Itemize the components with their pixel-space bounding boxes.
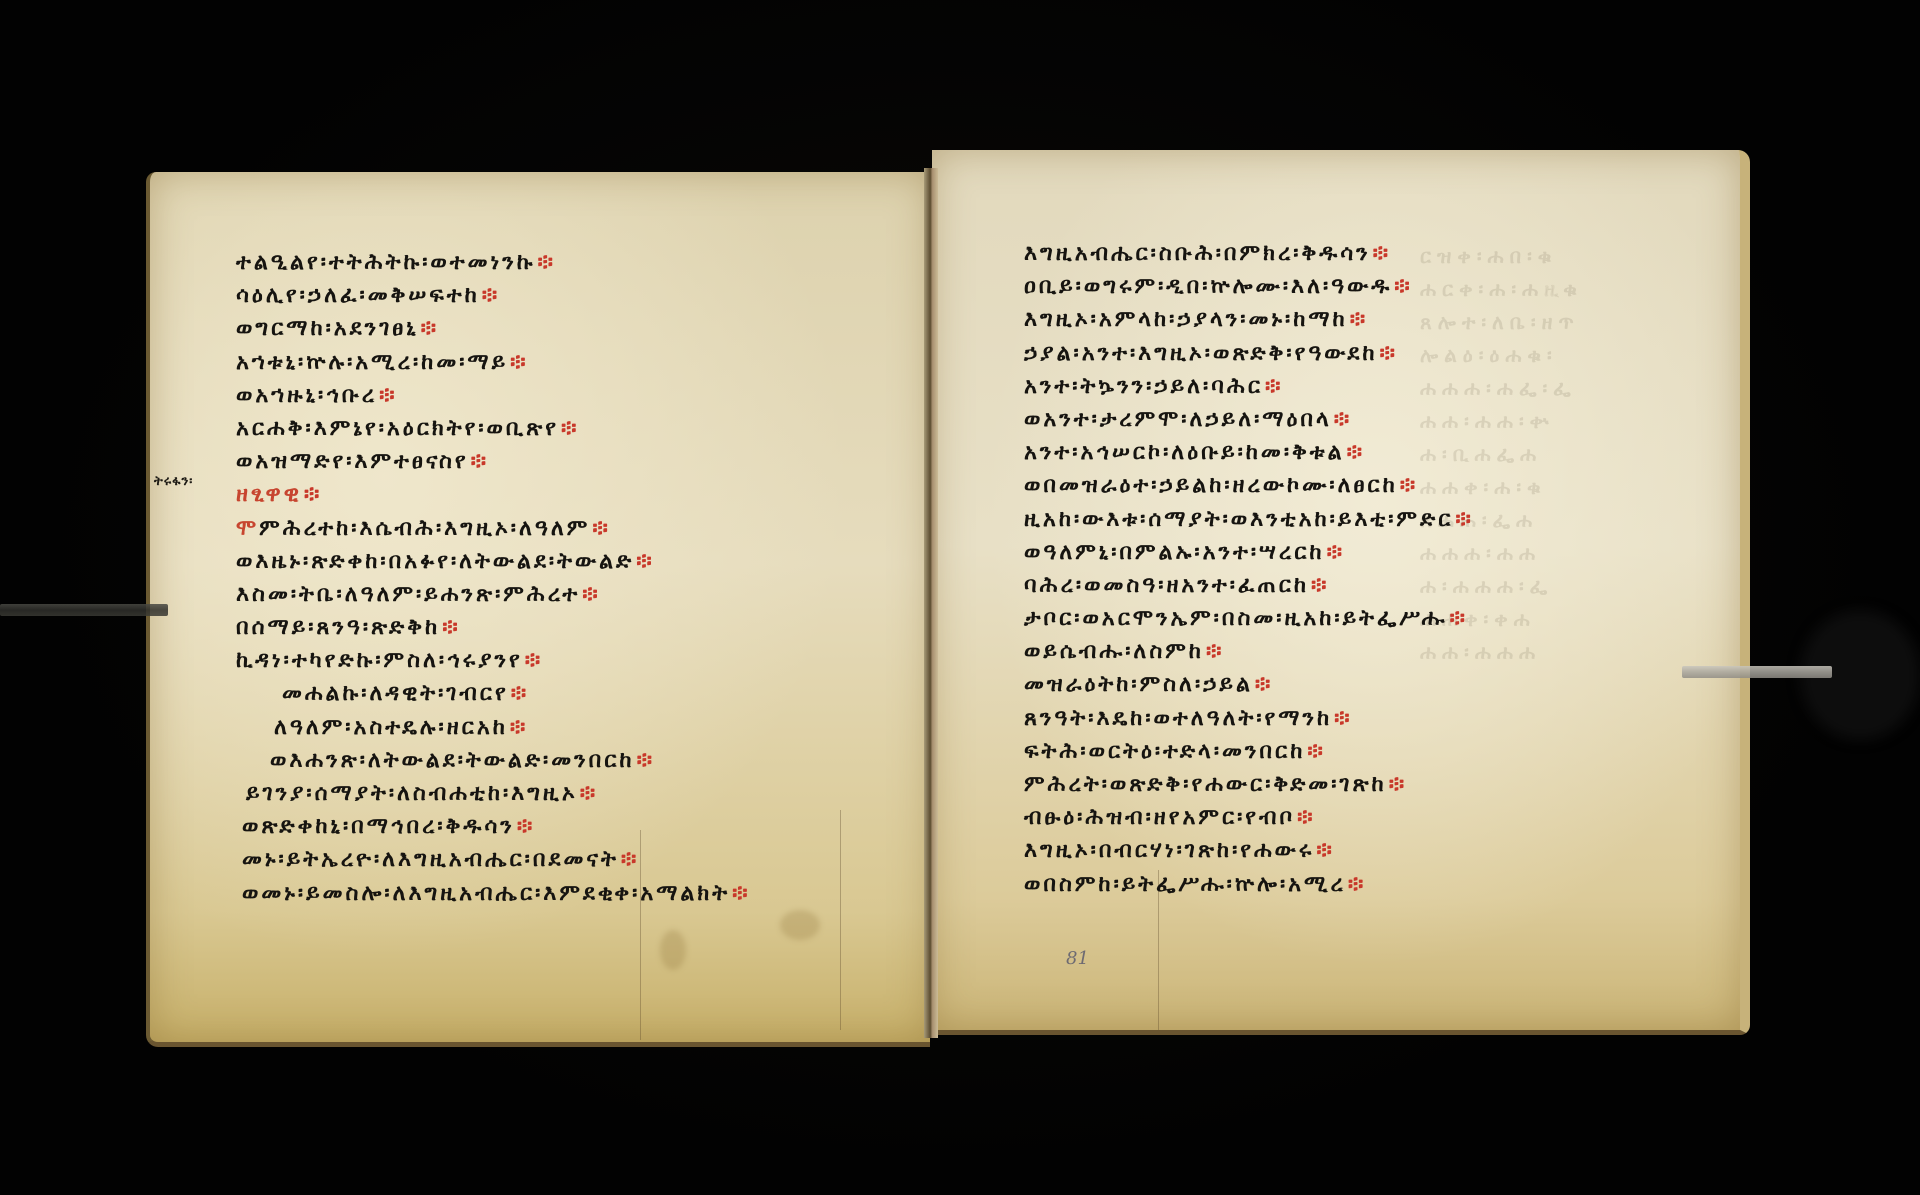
text-line: ባሕረ፡ወመስዓ፡ዘአንተ፡ፈጠርከ፨: [1024, 569, 1474, 602]
text-line: ሞምሕረተከ፡እሴብሕ፡እግዚኦ፡ለዓለም፨: [236, 512, 751, 545]
punctuation-mark: ፨: [1255, 672, 1273, 697]
margin-note: ትሩፋን፡: [154, 474, 193, 489]
text-line: ምሕረት፡ወጽድቅ፡የሐውር፡ቅድመ፡ገጽከ፨: [1024, 768, 1474, 801]
text-line: ወአኀዙኒ፡ኅቡረ፨: [236, 379, 751, 412]
text-line: ብፁዕ፡ሕዝብ፡ዘየአምር፡የብቦ፨: [1024, 801, 1474, 834]
punctuation-mark: ፨: [482, 283, 500, 308]
text-line: ወበመዝራዕተ፡ኃይልከ፡ዘረውኮሙ፡ለፀርከ፨: [1024, 469, 1474, 502]
parchment-crease: [840, 810, 841, 1030]
text-line: ዐቢይ፡ወግሩም፡ዲበ፡ኵሎሙ፡እለ፡ዓውዱ፨: [1024, 270, 1474, 303]
left-page-text: ተልዒልየ፡ተትሕትኩ፡ወተመነንኩ፨ ሳዕሊየ፡ኃለፈ፡መቅሠፍተከ፨ ወግር…: [236, 246, 751, 910]
punctuation-mark: ፨: [511, 681, 529, 706]
text-line: ጸንዓት፡እዴከ፡ወተለዓለት፡የማንከ፨: [1024, 702, 1474, 735]
punctuation-mark: ፨: [582, 582, 600, 607]
punctuation-mark: ፨: [510, 715, 528, 740]
text-line: እግዚኦ፡በብርሃነ፡ገጽከ፡የሐውሩ፨: [1024, 834, 1474, 867]
punctuation-mark: ፨: [1316, 838, 1334, 863]
text-line: ወእዜኑ፡ጽድቀከ፡በአፉየ፡ለትውልደ፡ትውልድ፨: [236, 545, 751, 578]
punctuation-mark: ፨: [1265, 374, 1283, 399]
punctuation-mark: ፨: [1373, 241, 1391, 266]
text-line: ወይሴብሑ፡ለስምከ፨: [1024, 635, 1474, 668]
text-line: አንተ፡ትኴንን፡ኃይለ፡ባሕር፨: [1024, 370, 1474, 403]
rubric-heading: ዘፂዋዊ፨: [236, 478, 751, 511]
text-line: ዚአከ፡ውእቱ፡ሰማያት፡ወእንቲአከ፡ይእቲ፡ምድር፨: [1024, 503, 1474, 536]
punctuation-mark: ፨: [517, 814, 535, 839]
punctuation-mark: ፨: [538, 250, 556, 275]
text-line: አኀቱኒ፡ኵሉ፡አሚረ፡ከመ፡ማይ፨: [236, 346, 751, 379]
parchment-stain: [780, 910, 820, 940]
punctuation-mark: ፨: [1389, 772, 1407, 797]
punctuation-mark: ፨: [732, 881, 750, 906]
text-line: አንተ፡አኅሠርኮ፡ለዕቡይ፡ከመ፡ቅቱል፨: [1024, 436, 1474, 469]
text-line: ወአዝማድየ፡እምተፀናስየ፨: [236, 445, 751, 478]
punctuation-mark: ፨: [561, 416, 579, 441]
punctuation-mark: ፨: [1327, 540, 1345, 565]
punctuation-mark: ፨: [1348, 872, 1366, 897]
punctuation-mark: ፨: [510, 350, 528, 375]
punctuation-mark: ፨: [1206, 639, 1224, 664]
text-line: ተልዒልየ፡ተትሕትኩ፡ወተመነንኩ፨: [236, 246, 751, 279]
text-line: ፍትሕ፡ወርትዕ፡ተድላ፡መንበርከ፨: [1024, 735, 1474, 768]
punctuation-mark: ፨: [621, 847, 639, 872]
text-line: ኪዳነ፡ተካየድኩ፡ምስለ፡ኅሩያንየ፨: [236, 644, 751, 677]
text-line: ወዓለምኒ፡በምልኡ፡አንተ፡ሣረርከ፨: [1024, 536, 1474, 569]
punctuation-mark: ፨: [1347, 440, 1365, 465]
punctuation-mark: ፨: [1350, 307, 1368, 332]
text-line: ይገንያ፡ሰማያት፡ለስብሐቲከ፡እግዚኦ፨: [236, 777, 751, 810]
page-marker-strip-right: [1682, 666, 1832, 678]
folio-number: 81: [1066, 948, 1089, 969]
text-line: ታቦር፡ወአርሞንኤም፡በስመ፡ዚአከ፡ይትፌሥሑ፨: [1024, 602, 1474, 635]
text-line: እስመ፡ትቤ፡ለዓለም፡ይሐንጽ፡ምሕረተ፨: [236, 578, 751, 611]
punctuation-mark: ፨: [379, 383, 397, 408]
punctuation-mark: ፨: [442, 615, 460, 640]
punctuation-mark: ፨: [1450, 606, 1468, 631]
punctuation-mark: ፨: [525, 648, 543, 673]
text-line: አርሐቅ፡እምኔየ፡አዕርክትየ፡ወቢጽየ፨: [236, 412, 751, 445]
text-line: ወመኑ፡ይመስሎ፡ለእግዚአብሔር፡እምደቂቀ፡አማልክት፨: [236, 877, 751, 910]
punctuation-mark: ፨: [592, 516, 610, 541]
punctuation-mark: ፨: [1400, 473, 1418, 498]
text-line: ወጽድቀከኒ፡በማኅበረ፡ቅዱሳን፨: [236, 810, 751, 843]
text-line: መሐልኩ፡ለዳዊት፡ገብርየ፨: [236, 677, 751, 710]
punctuation-mark: ፨: [637, 748, 655, 773]
text-line: ወአንተ፡ታረምሞ፡ለኃይለ፡ማዕበላ፨: [1024, 403, 1474, 436]
text-line: መዝራዕትከ፡ምስለ፡ኃይል፨: [1024, 668, 1474, 701]
text-line: ወግርማከ፡አደንገፀኒ፨: [236, 312, 751, 345]
text-line: ወበስምከ፡ይትፌሥሑ፡ኵሎ፡አሚረ፨: [1024, 868, 1474, 901]
punctuation-mark: ፨: [1311, 573, 1329, 598]
right-page-text: እግዚአብሔር፡ስቡሕ፡በምክረ፡ቅዱሳን፨ ዐቢይ፡ወግሩም፡ዲበ፡ኵሎሙ፡እ…: [1024, 237, 1474, 901]
text-line: ለዓለም፡አስተዴሉ፡ዘርአከ፨: [236, 711, 751, 744]
punctuation-mark: ፨: [636, 549, 654, 574]
punctuation-mark: ፨: [1334, 706, 1352, 731]
punctuation-mark: ፨: [1334, 407, 1352, 432]
text-line: መኑ፡ይትኤረዮ፡ለእግዚአብሔር፡በደመናት፨: [236, 843, 751, 876]
rubric-initial: ሞ: [236, 516, 259, 541]
punctuation-mark: ፨: [1394, 274, 1412, 299]
text-line: ወእሐንጽ፡ለትውልደ፡ትውልድ፡መንበርከ፨: [236, 744, 751, 777]
book-gutter: [924, 168, 938, 1038]
page-marker-strip-left: [0, 604, 168, 616]
parchment-stain: [660, 930, 686, 970]
punctuation-mark: ፨: [304, 482, 322, 507]
text-line: ሳዕሊየ፡ኃለፈ፡መቅሠፍተከ፨: [236, 279, 751, 312]
punctuation-mark: ፨: [471, 449, 489, 474]
punctuation-mark: ፨: [1455, 507, 1473, 532]
punctuation-mark: ፨: [421, 316, 439, 341]
text-line: ኃያል፡አንተ፡እግዚኦ፡ወጽድቅ፡የዓውደከ፨: [1024, 337, 1474, 370]
text-line: እግዚኦ፡አምላከ፡ኃያላን፡መኑ፡ከማከ፨: [1024, 303, 1474, 336]
punctuation-mark: ፨: [580, 781, 598, 806]
punctuation-mark: ፨: [1307, 739, 1325, 764]
punctuation-mark: ፨: [1379, 341, 1397, 366]
text-line: እግዚአብሔር፡ስቡሕ፡በምክረ፡ቅዱሳን፨: [1024, 237, 1474, 270]
punctuation-mark: ፨: [1297, 805, 1315, 830]
text-line: በሰማይ፡ጸንዓ፡ጽድቅከ፨: [236, 611, 751, 644]
